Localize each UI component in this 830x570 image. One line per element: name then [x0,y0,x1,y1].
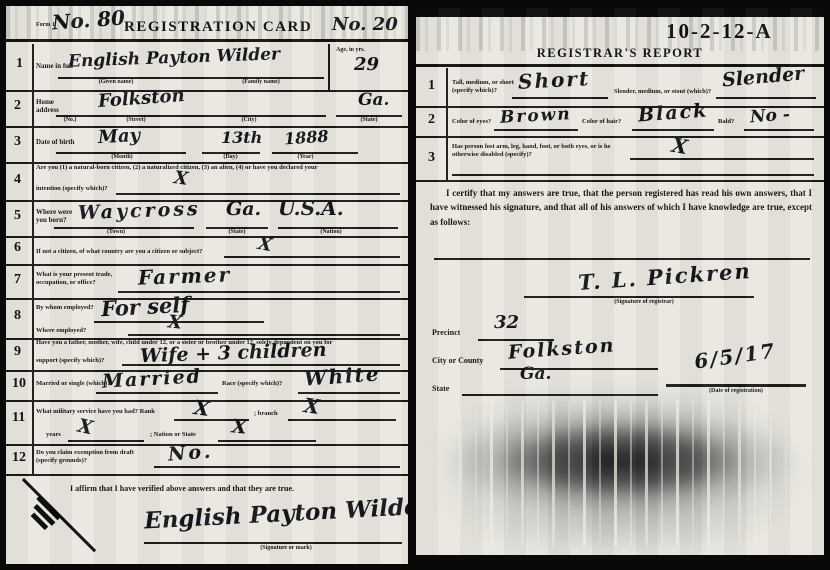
trade-label: What is your present trade, occupation, … [36,271,122,287]
disability-line2 [452,174,814,176]
state-sub: (State) [342,117,396,123]
year-sub: (Year) [278,154,333,160]
home-address-label: Home address [36,98,70,115]
disability-label: Has person lost arm, leg, hand, foot, or… [452,143,620,159]
born-state: Ga. [226,198,261,220]
row-number: 11 [12,410,25,426]
certification-text: I certify that my answers are true, that… [430,186,812,229]
header-rule [6,39,408,42]
order-number: No. 20 [332,14,398,35]
row-features: 2 Color of eyes? Brown Color of hair? Bl… [416,106,824,138]
exemption-value: No. [167,440,214,465]
height-value: Short [517,66,590,94]
name-value: English Payton Wilder [68,44,281,71]
not-citizen-label: If not a citizen, of what country are yo… [36,248,266,256]
dob-year: 1888 [283,126,329,148]
state-value: Ga. [520,364,551,384]
row-number: 2 [14,98,21,114]
row-citizenship: 4 Are you (1) a natural-born citizen, (2… [6,162,408,202]
affirmation-text: I affirm that I have verified above answ… [70,484,390,494]
row-number: 8 [14,308,21,324]
disability-line [630,158,814,160]
street-sub: (Street) [106,117,166,123]
dob-label: Date of birth [36,138,76,146]
exemption-line [154,466,400,468]
row-number: 3 [14,134,21,150]
age-box-rule [328,44,330,90]
state-sub: (State) [212,229,262,235]
married-value: Married [101,365,202,392]
signature-sub: (Signature or mark) [206,545,366,551]
row-date-of-birth: 3 Date of birth May 13th 1888 (Month) (D… [6,126,408,164]
nation-state-label: ; Nation or State [150,431,196,439]
build-line [716,97,816,99]
bald-label: Bald? [718,118,734,126]
home-state-value: Ga. [358,90,389,110]
town-sub: (Town) [86,229,146,235]
row-number: 9 [14,344,21,360]
home-address-value: Folkston [97,85,185,112]
row-disability: 3 Has person lost arm, leg, hand, foot, … [416,136,824,182]
card-title: REGISTRATION CARD [124,19,312,36]
married-line [96,392,218,394]
years-label: years [46,431,61,439]
citizenship-mark: X [173,167,190,190]
bald-value: No - [749,105,790,128]
row-number: 12 [12,450,26,466]
signature-line [144,542,402,544]
citizenship-label2: intention (specify which)? [36,185,156,193]
row-number: 1 [16,56,23,72]
row-number: 2 [428,112,435,128]
row-number: 5 [14,208,21,224]
hair-label: Color of hair? [582,118,621,126]
state-label: State [432,384,449,394]
eyes-line [494,129,578,131]
height-label: Tall, medium, or short (specify which)? [452,79,526,95]
years-mark: X [76,415,95,440]
rank-mark: X [192,395,211,421]
nation-state-line [218,440,316,442]
row-build: 1 Tall, medium, or short (specify which)… [416,68,824,108]
row-number: 1 [428,78,435,94]
dob-day: 13th [221,128,262,147]
stamp-number: 10-2-12-A [666,19,773,44]
city-sub: (City) [224,117,274,123]
row-exemption: 12 Do you claim exemption from draft (sp… [6,444,408,476]
years-line [68,440,144,442]
branch-mark: X [302,393,321,419]
branch-line [288,419,396,421]
citizenship-label: Are you (1) a natural-born citizen, (2) … [36,164,400,172]
row-trade: 7 What is your present trade, occupation… [6,264,408,300]
registrar-signature-line [524,296,754,298]
dob-month: May [97,125,140,148]
day-sub: (Day) [208,154,253,160]
trade-value: Farmer [138,262,232,289]
row-number: 6 [14,240,21,256]
row-home-address: 2 Home address Folkston Ga. (No.) (Stree… [6,90,408,128]
nation-sub: (Nation) [301,229,361,235]
build-label: Slender, medium, or stout (which)? [614,88,734,96]
height-line [512,97,608,99]
where-born-label: Where were you born? [36,208,78,225]
eyes-label: Color of eyes? [452,118,491,126]
branch-label: ; branch [254,410,278,418]
nation-state-mark: X [231,415,248,438]
age-value: 29 [354,54,379,75]
report-title: REGISTRAR'S REPORT [416,46,824,61]
disability-mark: X [670,133,689,159]
race-value: White [303,361,381,390]
where-employed-line [128,334,400,336]
date-sub: (Date of registration) [666,388,806,394]
row-name: 1 Name in full English Payton Wilder (Gi… [6,44,408,92]
date-value: 6/5/17 [693,338,778,373]
row-military: 11 What military service have you had? R… [6,400,408,446]
registrar-signature-sub: (Signature of registrar) [554,299,734,305]
precinct-value: 32 [494,312,519,333]
row-number: 4 [14,172,21,188]
military-label: What military service have you had? Rank [36,408,186,416]
date-line [666,384,806,387]
exemption-label: Do you claim exemption from draft (speci… [36,449,148,465]
row-number: 3 [428,150,435,166]
no-sub: (No.) [50,117,90,123]
registration-card: Form 1 No. 80 REGISTRATION CARD No. 20 1… [6,6,408,564]
born-nation: U.S.A. [278,196,344,220]
row-not-citizen: 6 If not a citizen, of what country are … [6,236,408,266]
city-label: City or County [432,356,483,366]
family-name-sub: (Family name) [216,79,306,85]
citizenship-line [116,193,400,195]
by-whom-label: By whom employed? [36,304,96,312]
born-town: Waycross [78,198,201,224]
precinct-label: Precinct [432,328,460,338]
row-number: 10 [12,376,26,392]
hair-line [632,129,714,131]
where-employed-label: Where employed? [36,327,106,335]
except-line [434,258,810,260]
row-where-born: 5 Where were you born? Waycross Ga. U.S.… [6,200,408,238]
top-edge-shadow [416,8,824,17]
hair-value: Black [637,100,709,127]
eyes-value: Brown [500,104,573,128]
where-employed-mark: X [167,311,183,333]
serial-number: No. 80 [51,6,126,35]
registrant-signature: English Payton Wilder [143,493,408,535]
month-sub: (Month) [92,154,152,160]
not-citizen-mark: X [256,233,273,256]
bottom-edge-shadow [416,555,824,562]
registrars-report-card: 10-2-12-A REGISTRAR'S REPORT 1 Tall, med… [416,8,824,562]
race-label: Race (specify which)? [222,380,302,388]
address-line [56,115,326,117]
given-name-sub: (Given name) [76,79,156,85]
stamp-smudge [446,410,794,530]
row-number: 7 [14,272,21,288]
not-citizen-line [224,256,400,258]
registrar-signature: T. L. Pickren [577,258,752,295]
row-employer: 8 By whom employed? For self Where emplo… [6,298,408,340]
affirmation-block: I affirm that I have verified above answ… [6,474,408,564]
bald-line [744,129,814,131]
